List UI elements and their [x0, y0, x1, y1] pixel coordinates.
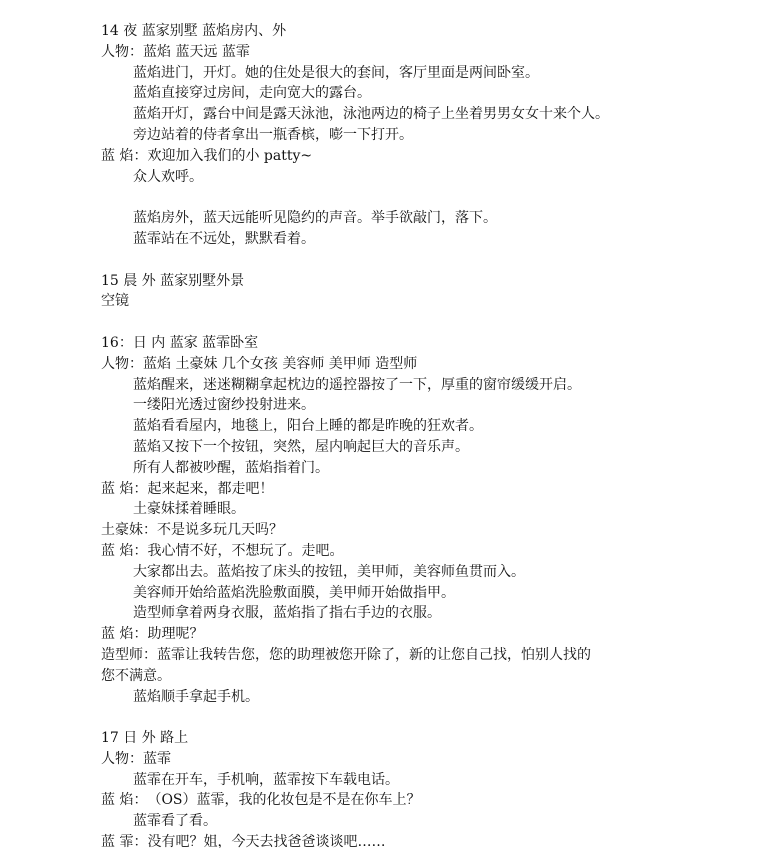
scene-heading: 17 日 外 路上 [101, 728, 661, 749]
dialogue-line: 造型师：蓝霏让我转告您，您的助理被您开除了，新的让您自己找，怕别人找的 [101, 645, 661, 666]
action-line: 大家都出去。蓝焰按了床头的按钮，美甲师，美容师鱼贯而入。 [101, 562, 661, 583]
action-line: 所有人都被吵醒，蓝焰指着门。 [101, 458, 661, 479]
speaker: 蓝 焰： [101, 146, 147, 167]
dialogue-line: 蓝 焰：我心情不好，不想玩了。走吧。 [101, 541, 661, 562]
action-line: 蓝焰直接穿过房间，走向宽大的露台。 [101, 83, 661, 104]
script-page: 14 夜 蓝家别墅 蓝焰房内、外 人物：蓝焰 蓝天远 蓝霏 蓝焰进门，开灯。她的… [101, 21, 661, 848]
speaker: 蓝 霏： [101, 832, 147, 848]
action-line: 蓝霏站在不远处，默默看着。 [101, 229, 661, 250]
speaker: 蓝 焰： [101, 541, 147, 562]
character-list: 人物：蓝焰 土豪妹 几个女孩 美容师 美甲师 造型师 [101, 354, 661, 375]
action-line: 一缕阳光透过窗纱投射进来。 [101, 395, 661, 416]
scene-heading: 16：日 内 蓝家 蓝霏卧室 [101, 333, 661, 354]
dialogue-text: （OS）蓝霏，我的化妆包是不是在你车上？ [147, 792, 420, 808]
dialogue-line: 蓝 焰：助理呢？ [101, 624, 661, 645]
dialogue-text: 欢迎加入我们的小 patty~ [147, 148, 312, 164]
scene-heading: 14 夜 蓝家别墅 蓝焰房内、外 [101, 21, 661, 42]
action-line: 蓝焰进门，开灯。她的住处是很大的套间，客厅里面是两间卧室。 [101, 63, 661, 84]
dialogue-line: 蓝 焰：欢迎加入我们的小 patty~ [101, 146, 661, 167]
dialogue-line: 蓝 霏：没有吧？姐，今天去找爸爸谈谈吧…… [101, 832, 661, 848]
character-list: 空镜 [101, 291, 661, 312]
action-line: 旁边站着的侍者拿出一瓶香槟，嘭一下打开。 [101, 125, 661, 146]
dialogue-text: 助理呢？ [147, 626, 203, 642]
action-line: 蓝焰醒来，迷迷糊糊拿起枕边的遥控器按了一下，厚重的窗帘缓缓开启。 [101, 375, 661, 396]
action-line: 蓝焰房外，蓝天远能听见隐约的声音。举手欲敲门，落下。 [101, 208, 661, 229]
dialogue-continuation: 您不满意。 [101, 666, 661, 687]
speaker: 土豪妹： [101, 520, 157, 541]
speaker: 蓝 焰： [101, 790, 147, 811]
action-line: 众人欢呼。 [101, 167, 661, 188]
speaker: 蓝 焰： [101, 624, 147, 645]
action-line: 蓝焰看看屋内，地毯上，阳台上睡的都是昨晚的狂欢者。 [101, 416, 661, 437]
blank-line [101, 707, 661, 728]
blank-line [101, 312, 661, 333]
action-line: 蓝焰顺手拿起手机。 [101, 687, 661, 708]
scene-heading: 15 晨 外 蓝家别墅外景 [101, 271, 661, 292]
blank-line [101, 187, 661, 208]
dialogue-text: 不是说多玩几天吗？ [157, 522, 283, 538]
action-line: 造型师拿着两身衣服，蓝焰指了指右手边的衣服。 [101, 603, 661, 624]
character-list: 人物：蓝焰 蓝天远 蓝霏 [101, 42, 661, 63]
action-line: 土豪妹揉着睡眼。 [101, 499, 661, 520]
action-line: 蓝焰又按下一个按钮，突然，屋内响起巨大的音乐声。 [101, 437, 661, 458]
speaker: 蓝 焰： [101, 479, 147, 500]
speaker: 造型师： [101, 645, 157, 666]
action-line: 蓝霏看了看。 [101, 811, 661, 832]
action-line: 蓝霏在开车，手机响，蓝霏按下车载电话。 [101, 770, 661, 791]
dialogue-text: 起来起来，都走吧！ [147, 481, 273, 497]
blank-line [101, 250, 661, 271]
dialogue-text: 蓝霏让我转告您，您的助理被您开除了，新的让您自己找，怕别人找的 [157, 647, 591, 663]
dialogue-text: 我心情不好，不想玩了。走吧。 [147, 543, 343, 559]
dialogue-line: 蓝 焰：起来起来，都走吧！ [101, 479, 661, 500]
action-line: 美容师开始给蓝焰洗脸敷面膜，美甲师开始做指甲。 [101, 583, 661, 604]
character-list: 人物：蓝霏 [101, 749, 661, 770]
dialogue-line: 土豪妹：不是说多玩几天吗？ [101, 520, 661, 541]
action-line: 蓝焰开灯，露台中间是露天泳池，泳池两边的椅子上坐着男男女女十来个人。 [101, 104, 661, 125]
dialogue-text: 没有吧？姐，今天去找爸爸谈谈吧…… [147, 834, 385, 848]
dialogue-line: 蓝 焰：（OS）蓝霏，我的化妆包是不是在你车上？ [101, 790, 661, 811]
